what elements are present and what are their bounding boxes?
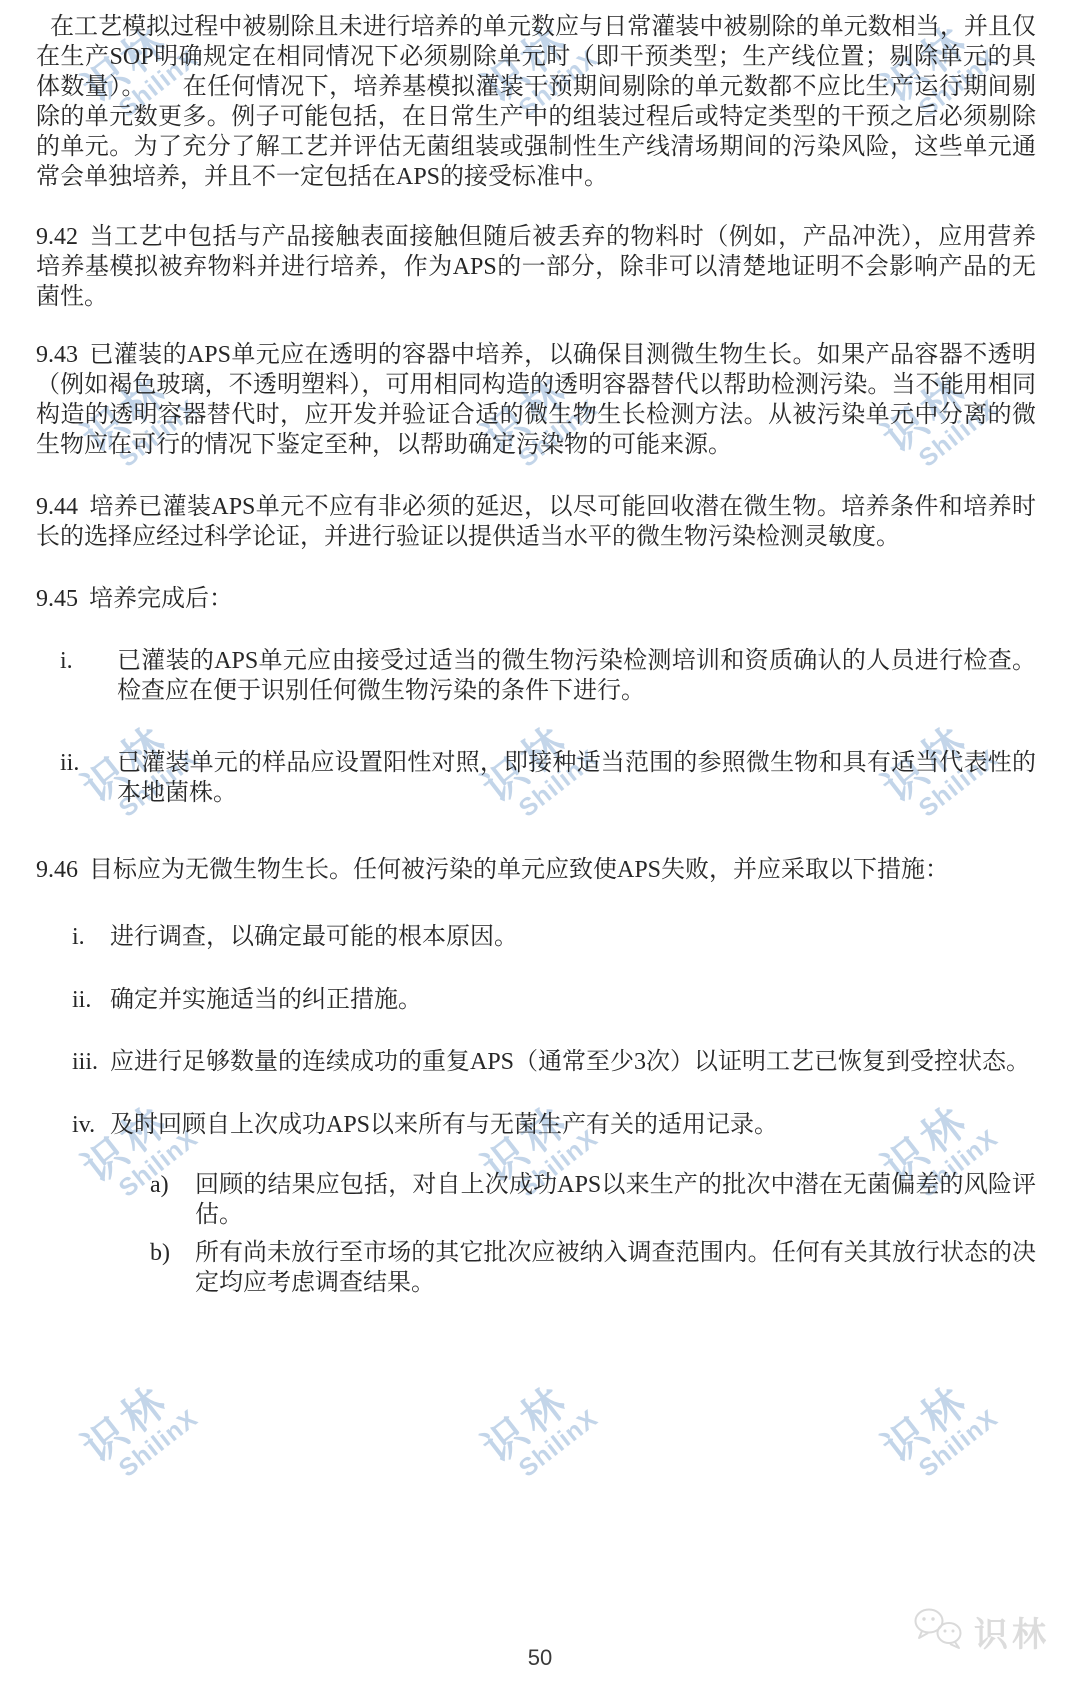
watermark-text-cn: 识林 (855, 1361, 999, 1486)
watermark-text-en: ShilinX (902, 1396, 1015, 1492)
list-item-text: 进行调查，以确定最可能的根本原因。 (110, 922, 1036, 952)
section-9-44: 9.44培养已灌装APS单元不应有非必须的延迟，以尽可能回收潜在微生物。培养条件… (36, 492, 1036, 552)
watermark-tile: 识林ShilinX (855, 1361, 1016, 1508)
list-item-9-46-i: i. 进行调查，以确定最可能的根本原因。 (36, 922, 1036, 952)
section-number: 9.44 (36, 494, 78, 520)
list-item-text: 回顾的结果应包括，对自上次成功APS以来生产的批次中潜在无菌偏差的风险评估。 (195, 1170, 1036, 1230)
list-marker: ii. (60, 748, 117, 808)
list-item-text: 应进行足够数量的连续成功的重复APS（通常至少3次）以证明工艺已恢复到受控状态。 (110, 1047, 1036, 1077)
list-item-9-45-ii: ii. 已灌装单元的样品应设置阳性对照，即接种适当范围的参照微生物和具有适当代表… (36, 748, 1036, 808)
watermark-text-en: ShilinX (102, 1396, 215, 1492)
section-text: 培养已灌装APS单元不应有非必须的延迟，以尽可能回收潜在微生物。培养条件和培养时… (36, 494, 1036, 550)
list-item-text: 所有尚未放行至市场的其它批次应被纳入调查范围内。任何有关其放行状态的决定均应考虑… (195, 1238, 1036, 1298)
list-item-9-46-iv-b: b) 所有尚未放行至市场的其它批次应被纳入调查范围内。任何有关其放行状态的决定均… (36, 1238, 1036, 1298)
section-number: 9.42 (36, 224, 78, 250)
section-9-43: 9.43已灌装的APS单元应在透明的容器中培养，以确保目测微生物生长。如果产品容… (36, 340, 1036, 460)
section-9-45: 9.45培养完成后： (36, 584, 1036, 614)
section-text: 目标应为无微生物生长。任何被污染的单元应致使APS失败，并应采取以下措施： (89, 857, 949, 883)
document-page: 识林ShilinX识林ShilinX识林ShilinX识林ShilinX识林Sh… (0, 0, 1080, 1682)
list-marker: i. (72, 922, 110, 952)
list-marker: ii. (72, 985, 110, 1015)
page-number: 50 (0, 1645, 1080, 1671)
list-marker: i. (60, 646, 117, 706)
list-item-9-46-iv: iv. 及时回顾自上次成功APS以来所有与无菌生产有关的适用记录。 (36, 1110, 1036, 1140)
section-text: 培养完成后： (89, 586, 233, 612)
list-item-text: 已灌装单元的样品应设置阳性对照，即接种适当范围的参照微生物和具有适当代表性的本地… (117, 748, 1036, 808)
list-item-text: 及时回顾自上次成功APS以来所有与无菌生产有关的适用记录。 (110, 1110, 1036, 1140)
intro-paragraph: 在工艺模拟过程中被剔除且未进行培养的单元数应与日常灌装中被剔除的单元数相当，并且… (36, 12, 1036, 192)
watermark-text-cn: 识林 (55, 1361, 199, 1486)
list-item-text: 已灌装的APS单元应由接受过适当的微生物污染检测培训和资质确认的人员进行检查。检… (117, 646, 1036, 706)
list-item-9-46-iii: iii. 应进行足够数量的连续成功的重复APS（通常至少3次）以证明工艺已恢复到… (36, 1047, 1036, 1077)
list-item-9-46-iv-a: a) 回顾的结果应包括，对自上次成功APS以来生产的批次中潜在无菌偏差的风险评估… (36, 1170, 1036, 1230)
watermark-tile: 识林ShilinX (55, 1361, 216, 1508)
section-9-42: 9.42当工艺中包括与产品接触表面接触但随后被丢弃的物料时（例如，产品冲洗），应… (36, 222, 1036, 312)
watermark-text-cn: 识林 (455, 1361, 599, 1486)
section-9-46: 9.46目标应为无微生物生长。任何被污染的单元应致使APS失败，并应采取以下措施… (36, 855, 1036, 885)
list-item-9-45-i: i. 已灌装的APS单元应由接受过适当的微生物污染检测培训和资质确认的人员进行检… (36, 646, 1036, 706)
watermark-tile: 识林ShilinX (455, 1361, 616, 1508)
document-body: 在工艺模拟过程中被剔除且未进行培养的单元数应与日常灌装中被剔除的单元数相当，并且… (0, 0, 1080, 1298)
watermark-text-en: ShilinX (502, 1396, 615, 1492)
section-number: 9.43 (36, 342, 78, 368)
list-marker: a) (150, 1170, 195, 1230)
section-number: 9.46 (36, 857, 78, 883)
list-marker: b) (150, 1238, 195, 1298)
list-item-text: 确定并实施适当的纠正措施。 (110, 985, 1036, 1015)
section-number: 9.45 (36, 586, 78, 612)
list-marker: iv. (72, 1110, 110, 1140)
list-marker: iii. (72, 1047, 110, 1077)
section-text: 已灌装的APS单元应在透明的容器中培养，以确保目测微生物生长。如果产品容器不透明… (36, 342, 1036, 458)
list-item-9-46-ii: ii. 确定并实施适当的纠正措施。 (36, 985, 1036, 1015)
section-text: 当工艺中包括与产品接触表面接触但随后被丢弃的物料时（例如，产品冲洗），应用营养培… (36, 224, 1036, 310)
